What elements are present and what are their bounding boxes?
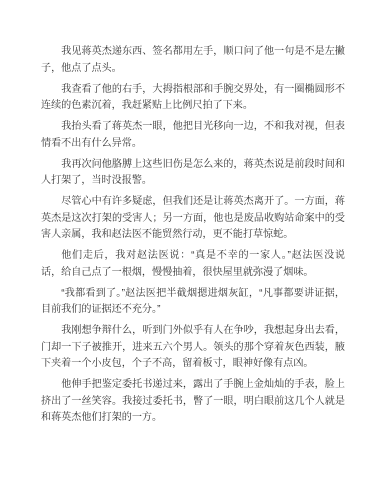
paragraph-7: “我都看到了。”赵法医把半截烟摁进烟灰缸，“凡事都要讲证据，目前我们的证据还不充… xyxy=(41,286,345,319)
paragraph-1: 我见蒋英杰递东西、签名都用左手，顺口问了他一句是不是左撇子，他点了点头。 xyxy=(41,44,345,77)
paragraph-2: 我查看了他的右手，大拇指根部和手腕交界处，有一圈椭圆形不连续的色素沉着，我赶紧贴… xyxy=(41,82,345,115)
paragraph-8: 我刚想争辩什么，听到门外似乎有人在争吵，我想起身出去看，门却一下子被推开，进来五… xyxy=(41,323,345,373)
book-page: 我见蒋英杰递东西、签名都用左手，顺口问了他一句是不是左撇子，他点了点头。 我查看… xyxy=(0,0,370,480)
paragraph-4: 我再次问他胳膊上这些旧伤是怎么来的，蒋英杰说是前段时间和人打架了，当时没报警。 xyxy=(41,157,345,190)
paragraph-3: 我抬头看了蒋英杰一眼，他把目光移向一边，不和我对视，但表情看不出有什么异常。 xyxy=(41,119,345,152)
paragraph-5: 尽管心中有许多疑虑，但我们还是让蒋英杰离开了。一方面，蒋英杰是这次打架的受害人；… xyxy=(41,194,345,244)
paragraph-9: 他伸手把鉴定委托书递过来，露出了手腕上金灿灿的手表，脸上挤出了一丝笑容。我接过委… xyxy=(41,377,345,427)
paragraph-6: 他们走后，我对赵法医说：“真是不幸的一家人。”赵法医没说话，给自己点了一根烟，慢… xyxy=(41,248,345,281)
